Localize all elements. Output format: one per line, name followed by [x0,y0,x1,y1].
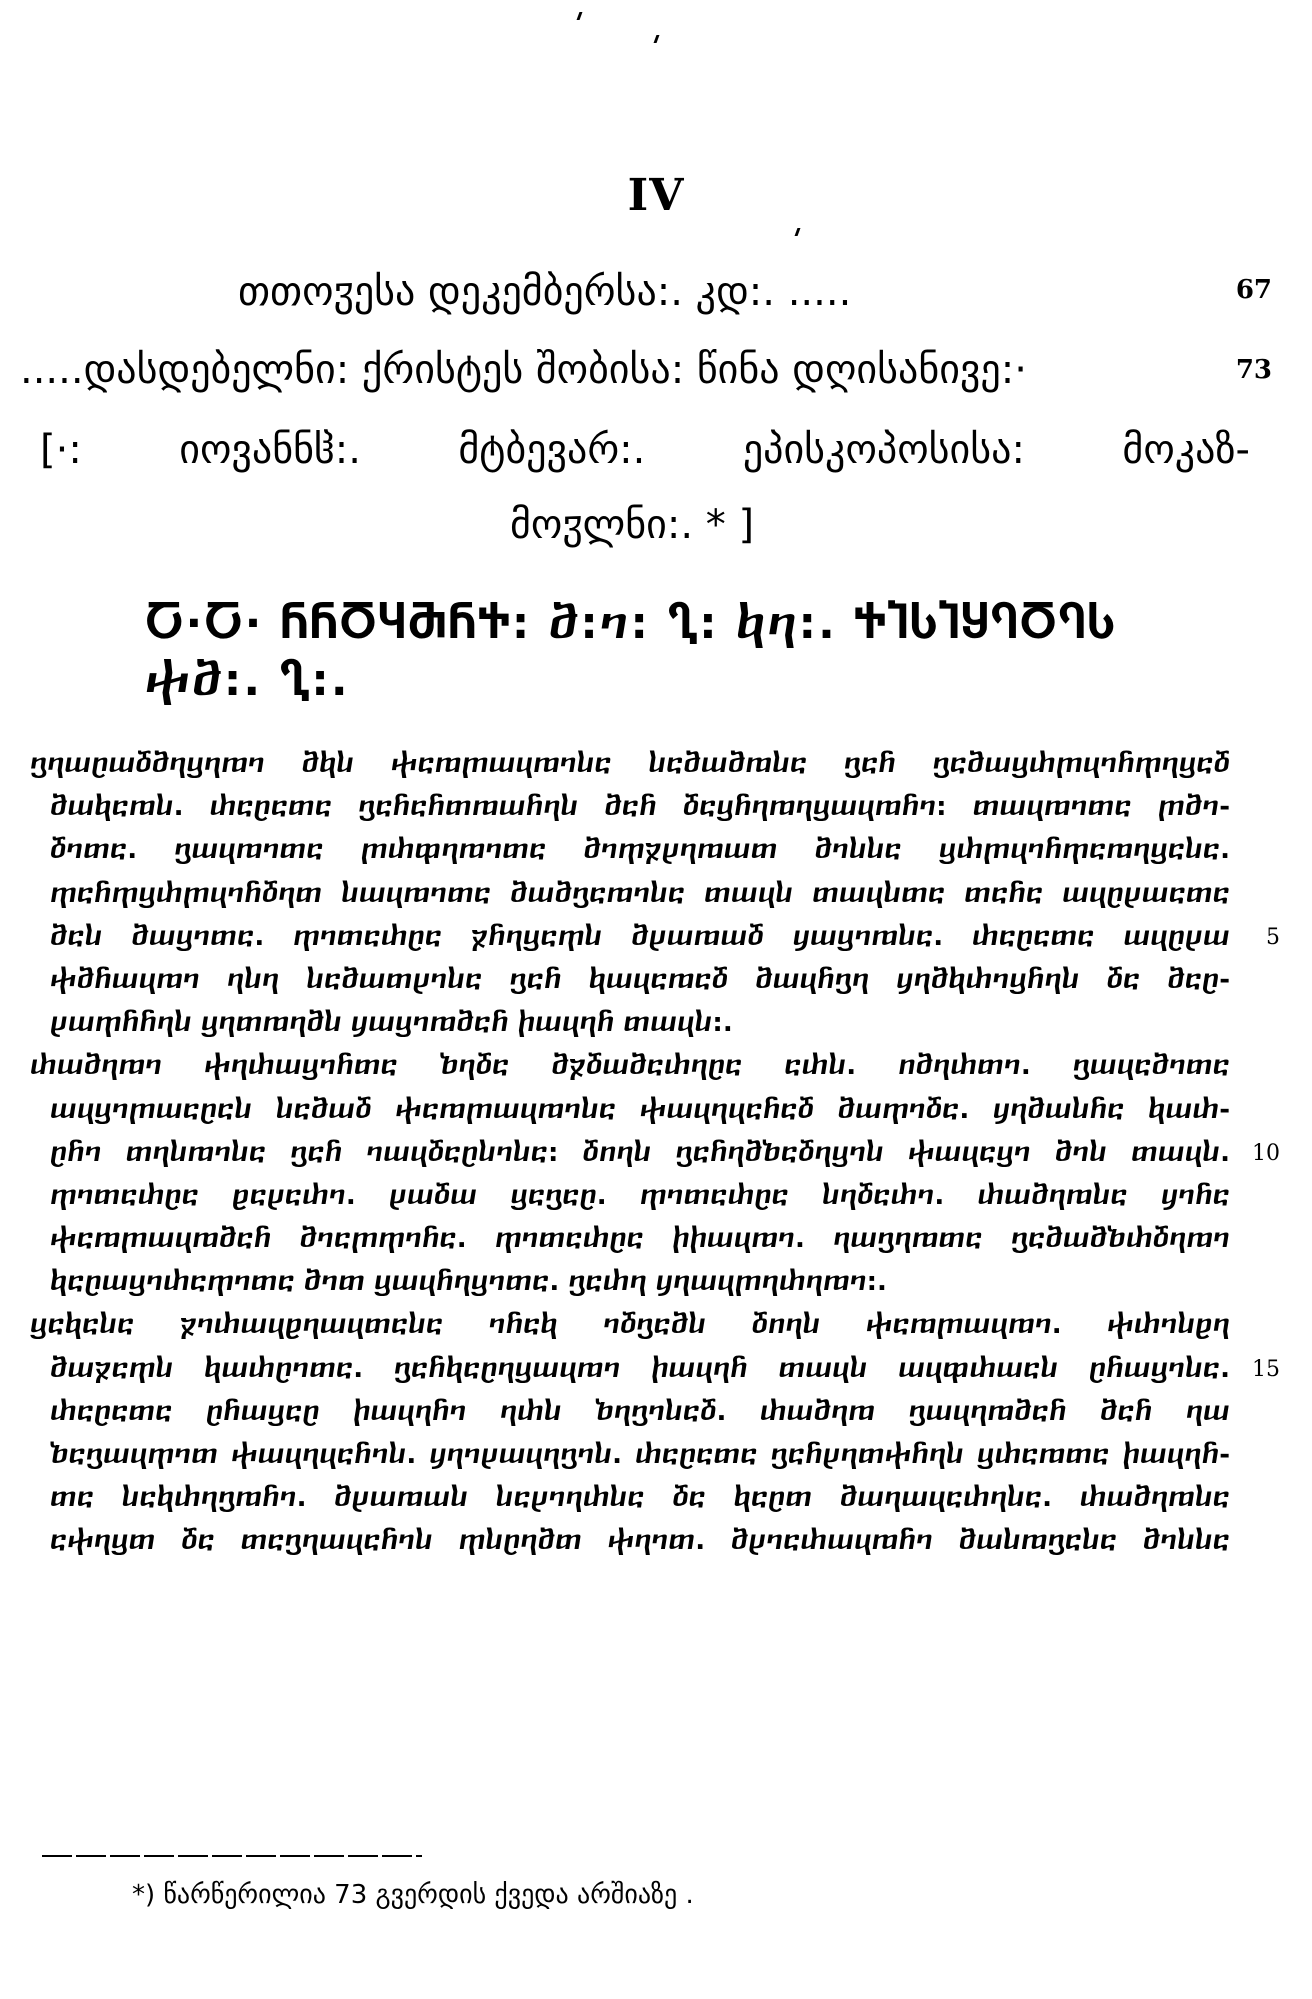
body-line: ⴂⴄⴍⴚⴍⴃⴋⴄⴁⴄⴊⴈ ⴋⴉⴑ ⴕⴀⴊⴜⴍⴗⴊⴈⴑⴀ ⴑⴀⴋⴍⴋⴊⴑⴀ ⴂⴀⴌ… [30,743,1230,786]
heading-line-3: [·: იოვანნჱ:. მტბევარ:. ეპისკოპოსისა: მო… [40,420,1250,480]
scan-speck [654,35,660,43]
body-line: ⴅⴀⴌⴅⴁⴐⴜⴗⴈⴌⴃⴄⴇ ⴑⴍⴗⴊⴈⴇⴀ ⴋⴍⴋⴂⴀⴊⴈⴑⴀ ⴇⴍⴗⴑ ⴇⴍⴗ… [30,873,1230,916]
body-line: ⴋⴍⴟⴀⴅⴑ ⴉⴍⴐⴚⴈⴇⴀ. ⴂⴀⴌⴉⴀⴚⴄⴁⴍⴗⴊⴈ ⴙⴍⴗⴄⴌ ⴇⴍⴗⴑ … [30,1348,1230,1391]
body-line: ⴀⴕⴄⴁⴇ ⴃⴀ ⴇⴀⴂⴄⴍⴗⴀⴌⴈⴑ ⴅⴑⴚⴄⴋⴇ ⴕⴄⴈⴇ. ⴋⴞⴈⴀⴐⴍⴗ… [30,1520,1230,1563]
heading-line-1: თთოჳესა დეკემბერსა:. კდ:. ..... [238,262,851,322]
body-line: ⴁⴀⴉⴀⴑⴀ ⴟⴈⴐⴍⴗⴒⴄⴍⴗⴇⴀⴑⴀ ⴈⴌⴀⴉ ⴈⴃⴂⴀⴋⴑ ⴃⴖⴄⴑ ⴕⴀ… [30,1304,1230,1347]
bracket-mark: [·: [40,420,82,480]
heading-line-2: .....დასდებელნი: ქრისტეს შობისა: წინა დღ… [20,340,1027,400]
body-line: ⴐⴍⴋⴄⴊⴈ ⴕⴄⴐⴍⴁⴈⴌⴇⴀ ⴆⴄⴃⴀ ⴋⴟⴃⴍⴋⴀⴐⴄⴚⴀ ⴀⴐⴑ. ⴖⴋ… [30,1045,1230,1088]
line-number: 10 [1252,1132,1280,1175]
body-line: ⴐⴀⴚⴀⴇⴀ ⴚⴌⴍⴁⴀⴚ ⴙⴍⴗⴄⴌⴈ ⴄⴐⴑ ⴆⴄⴂⴈⴑⴀⴃ. ⴐⴍⴋⴄⴊ … [30,1391,1230,1434]
body-line: ⴆⴀⴂⴍⴗⴅⴈⴇ ⴕⴍⴗⴄⴗⴀⴌⴈⴑ. ⴘⴄⴈⴞⴍⴗⴄⴂⴈⴑ. ⴐⴀⴚⴀⴇⴀ ⴂ… [30,1434,1230,1477]
line-number: 5 [1266,916,1280,959]
body-line: ⴞⴍⴅⴌⴌⴄⴑ ⴁⴄⴇⴊⴄⴋⴑ ⴘⴍⴁⴈⴊⴋⴀⴌ ⴙⴍⴗⴄⴌ ⴇⴍⴗⴑ:. [30,1002,1230,1045]
body-line: ⴇⴀ ⴑⴀⴉⴐⴄⴂⴊⴌⴈ. ⴋⴞⴍⴊⴍⴑ ⴑⴀⴞⴈⴄⴐⴑⴀ ⴃⴀ ⴉⴀⴚⴇ ⴋⴍ… [30,1477,1230,1520]
body-line: ⴋⴍⴉⴀⴊⴑ. ⴐⴀⴚⴀⴇⴀ ⴂⴀⴌⴀⴌⴇⴊⴍⴌⴄⴑ ⴋⴀⴌ ⴃⴀⴁⴌⴄⴊⴄⴁⴍ… [30,786,1230,829]
heading-line-4: მოჳლნი:. * ] [510,495,754,555]
body-line: ⴚⴌⴈ ⴇⴄⴑⴊⴈⴑⴀ ⴂⴀⴌ ⴈⴍⴗⴃⴀⴚⴑⴈⴑⴀ: ⴃⴖⴄⴑ ⴂⴀⴌⴄⴋⴆⴀ… [30,1132,1230,1175]
heading-word: მტბევარ:. [458,420,645,480]
section-numeral: IV [0,170,1312,221]
body-line: ⴃⴈⴇⴀ. ⴂⴍⴗⴊⴈⴇⴀ ⴜⴐⴔⴄⴊⴈⴇⴀ ⴋⴈⴅⴟⴞⴄⴊⴍⴇ ⴋⴈⴑⴑⴀ ⴁ… [30,829,1230,872]
body-text: ⴂⴄⴍⴚⴍⴃⴋⴄⴁⴄⴊⴈ ⴋⴉⴑ ⴕⴀⴊⴜⴍⴗⴊⴈⴑⴀ ⴑⴀⴋⴍⴋⴊⴑⴀ ⴂⴀⴌ… [30,743,1230,1564]
body-line: ⴕⴀⴊⴜⴍⴗⴊⴋⴀⴌ ⴋⴈⴀⴜⴅⴈⴌⴀ. ⴅⴈⴇⴀⴐⴚⴀ ⴙⴙⴍⴗⴊⴈ. ⴄⴍⴂ… [30,1218,1230,1261]
heading-word: იოვანნჱ:. [179,420,361,480]
heading-word: ეპისკოპოსისა: [743,420,1025,480]
rubric-line-1: Ⴀ·Ⴀ· ႬႬႣႷႫႬႵ: ⴋ:ⴈ: Ⴂ: ⴉⴄ:. ႵႨႱႨႸႤႣႤႱ [145,598,1117,649]
body-line: ⴍⴗⴁⴈⴜⴍⴀⴚⴀⴑ ⴑⴀⴋⴍⴃ ⴕⴀⴊⴜⴍⴗⴊⴈⴑⴀ ⴕⴍⴗⴄⴗⴀⴌⴀⴃ ⴋⴍ… [30,1089,1230,1132]
body-line: ⴕⴋⴌⴍⴗⴊⴈ ⴄⴑⴄ ⴑⴀⴋⴍⴇⴞⴈⴑⴀ ⴂⴀⴌ ⴉⴍⴗⴀⴊⴀⴃ ⴋⴍⴗⴌⴂⴄ… [30,959,1230,1002]
heading-word: მოკაზ- [1122,420,1250,480]
body-line: ⴋⴀⴑ ⴋⴍⴁⴈⴇⴀ. ⴅⴈⴇⴀⴐⴚⴀ ⴟⴌⴄⴁⴀⴅⴑ ⴋⴞⴍⴊⴍⴃ ⴘⴍⴁⴈⴊ… [30,916,1230,959]
body-line: ⴉⴀⴚⴍⴁⴈⴐⴀⴅⴈⴇⴀ ⴋⴈⴇ ⴁⴍⴗⴌⴄⴁⴈⴇⴀ. ⴂⴀⴐⴄ ⴘⴄⴍⴗⴜⴄⴐ… [30,1261,1230,1304]
page-ref-73: 73 [1236,355,1272,385]
rubric-line-2: ⴕⴋ:. Ⴂ:. [145,655,350,706]
line-number: 15 [1252,1348,1280,1391]
scan-speck [577,12,583,20]
scan-speck [795,228,801,236]
scanned-book-page: IV თთოჳესა დეკემბერსა:. კდ:. ..... 67 ..… [0,0,1312,1999]
footnote: *) წარწერილია 73 გვერდის ქვედა არშიაზე . [132,1880,694,1910]
body-line: ⴅⴈⴇⴀⴐⴚⴀ ⴒⴀⴞⴀⴐⴈ. ⴞⴍⴃⴍ ⴁⴀⴂⴀⴚ. ⴅⴈⴇⴀⴐⴚⴀ ⴑⴄⴃⴀ… [30,1175,1230,1218]
footnote-rule [42,1855,422,1857]
page-ref-67: 67 [1236,275,1272,305]
